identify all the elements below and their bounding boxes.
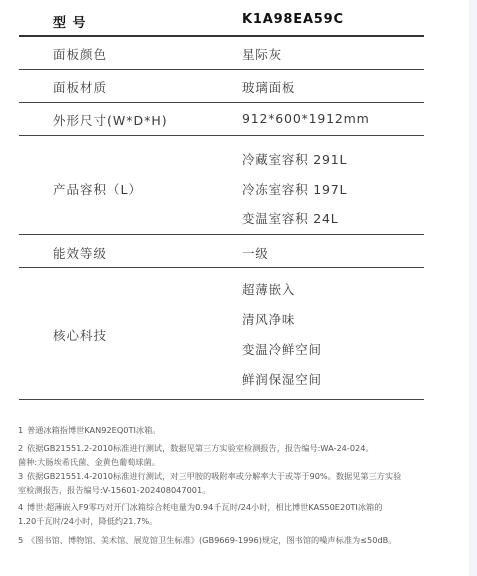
divider — [19, 69, 424, 70]
spec-label: 核心科技 — [53, 326, 107, 344]
spec-value: 912*600*1912mm — [242, 111, 370, 126]
spec-label: 面板颜色 — [53, 45, 107, 63]
divider — [19, 102, 424, 103]
footnote-2: 2依据GB21551.2-2010标准进行测试，数据见第三方实验室检测报告，报告… — [18, 442, 374, 455]
spec-label: 面板材质 — [53, 78, 107, 96]
spec-value: K1A98EA59C — [242, 12, 344, 27]
footnote-1: 1普通冰箱指博世KAN92EQ0TI冰箱。 — [18, 424, 161, 437]
divider — [19, 267, 424, 268]
spec-value: 一级 — [242, 244, 269, 262]
footnote-3-cont: 室检测报告，报告编号:V-15601-202408047001。 — [18, 484, 210, 497]
side-scroll-strip — [469, 0, 477, 576]
divider — [19, 234, 424, 235]
tech-item: 超薄嵌入 — [242, 280, 295, 298]
divider — [19, 135, 424, 136]
divider — [19, 35, 424, 37]
tech-item: 清风净味 — [242, 310, 295, 328]
footnote-3: 3依据GB21551.4-2010标准进行测试，对三甲胺的吸附率或分解率大于或等… — [18, 470, 401, 483]
footnote-5: 5《图书馆、博物馆、美术馆、展览馆卫生标准》(GB9669-1996)规定，图书… — [18, 534, 396, 547]
capacity-variable: 变温室容积 24L — [242, 209, 339, 227]
spec-label: 能效等级 — [53, 244, 107, 262]
spec-label: 外形尺寸(W*D*H) — [53, 111, 168, 129]
footnote-2-cont: 菌种:大肠埃希氏菌、金黄色葡萄球菌。 — [18, 456, 160, 469]
footnote-4-cont: 1.20千瓦时/24小时，降低约21.7%。 — [18, 515, 157, 528]
spec-label: 产品容积（L） — [53, 180, 142, 198]
capacity-freezer: 冷冻室容积 197L — [242, 180, 347, 198]
divider — [19, 399, 424, 400]
tech-item: 鲜润保湿空间 — [242, 370, 322, 388]
footnote-4: 4博世·超薄嵌入F9零巧对开门冰箱综合耗电量为0.94千瓦时/24小时，相比博世… — [18, 501, 382, 514]
capacity-fridge: 冷藏室容积 291L — [242, 150, 347, 168]
spec-label: 型 号 — [53, 12, 87, 31]
tech-item: 变温冷鲜空间 — [242, 340, 322, 358]
spec-value: 玻璃面板 — [242, 78, 295, 96]
spec-value: 星际灰 — [242, 45, 282, 63]
